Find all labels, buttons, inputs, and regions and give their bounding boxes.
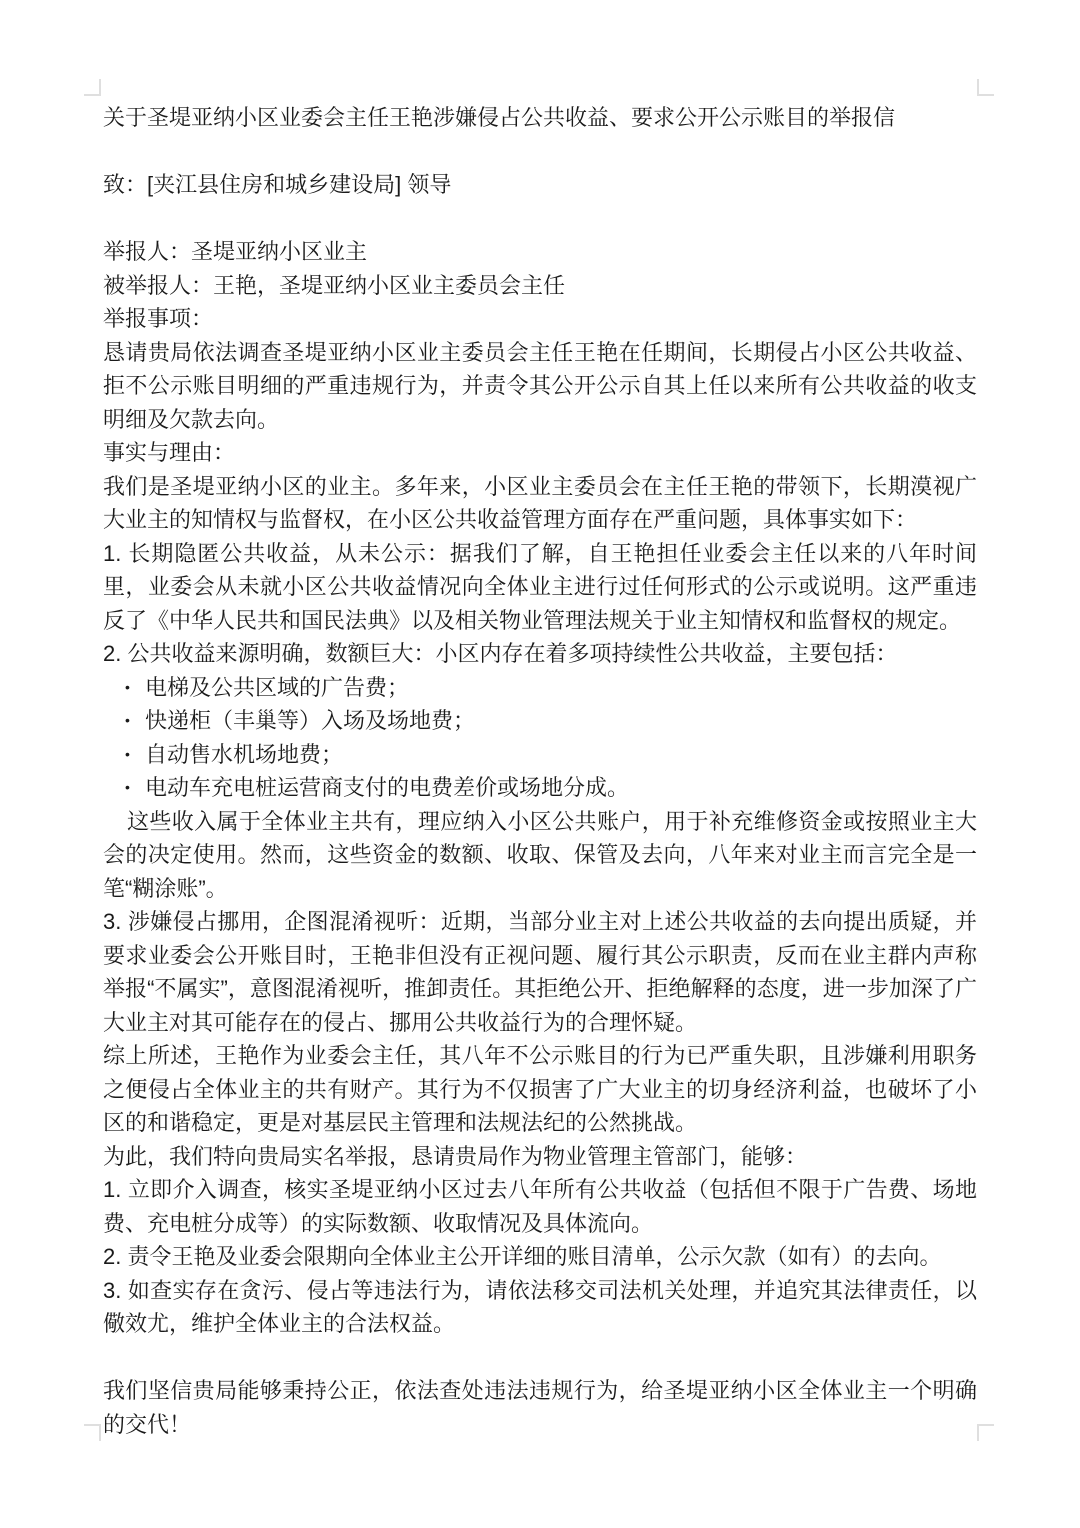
- paragraph: 举报事项：: [103, 302, 977, 336]
- bullet-text: 电动车充电桩运营商支付的电费差价或场地分成。: [145, 771, 977, 805]
- paragraph: 这些收入属于全体业主共有，理应纳入小区公共账户，用于补充维修资金或按照业主大会的…: [103, 805, 977, 906]
- paragraph: 事实与理由：: [103, 436, 977, 470]
- blank-line: [103, 135, 977, 169]
- document-page: 关于圣堤亚纳小区业委会主任王艳涉嫌侵占公共收益、要求公开公示账目的举报信致：[夹…: [103, 101, 977, 1441]
- paragraph: 致：[夹江县住房和城乡建设局] 领导: [103, 168, 977, 202]
- paragraph: 被举报人：王艳，圣堤亚纳小区业主委员会主任: [103, 269, 977, 303]
- paragraph: 3. 涉嫌侵占挪用，企图混淆视听：近期，当部分业主对上述公共收益的去向提出质疑，…: [103, 905, 977, 1039]
- bullet-item: •自动售水机场地费；: [103, 738, 977, 772]
- paragraph: 2. 公共收益来源明确，数额巨大：小区内存在着多项持续性公共收益，主要包括：: [103, 637, 977, 671]
- crop-mark-bottom-right-icon: [977, 1424, 994, 1441]
- paragraph: 我们坚信贵局能够秉持公正，依法查处违法违规行为，给圣堤亚纳小区全体业主一个明确的…: [103, 1374, 977, 1441]
- paragraph: 1. 立即介入调查，核实圣堤亚纳小区过去八年所有公共收益（包括但不限于广告费、场…: [103, 1173, 977, 1240]
- bullet-item: •电梯及公共区域的广告费；: [103, 671, 977, 705]
- bullet-icon: •: [125, 738, 145, 772]
- paragraph: 2. 责令王艳及业委会限期向全体业主公开详细的账目清单，公示欠款（如有）的去向。: [103, 1240, 977, 1274]
- paragraph: 3. 如查实存在贪污、侵占等违法行为，请依法移交司法机关处理，并追究其法律责任，…: [103, 1274, 977, 1341]
- bullet-text: 电梯及公共区域的广告费；: [145, 671, 977, 705]
- crop-mark-top-right-icon: [977, 79, 994, 96]
- bullet-item: •电动车充电桩运营商支付的电费差价或场地分成。: [103, 771, 977, 805]
- bullet-icon: •: [125, 704, 145, 738]
- bullet-icon: •: [125, 771, 145, 805]
- blank-line: [103, 1341, 977, 1375]
- paragraph: 综上所述，王艳作为业委会主任，其八年不公示账目的行为已严重失职，且涉嫌利用职务之…: [103, 1039, 977, 1140]
- paragraph: 我们是圣堤亚纳小区的业主。多年来，小区业主委员会在主任王艳的带领下，长期漠视广大…: [103, 470, 977, 537]
- bullet-icon: •: [125, 671, 145, 705]
- blank-line: [103, 202, 977, 236]
- paragraph: 恳请贵局依法调查圣堤亚纳小区业主委员会主任王艳在任期间，长期侵占小区公共收益、拒…: [103, 336, 977, 437]
- paragraph: 为此，我们特向贵局实名举报，恳请贵局作为物业管理主管部门，能够：: [103, 1140, 977, 1174]
- bullet-text: 自动售水机场地费；: [145, 738, 977, 772]
- crop-mark-top-left-icon: [84, 79, 101, 96]
- crop-mark-bottom-left-icon: [84, 1424, 101, 1441]
- paragraph: 1. 长期隐匿公共收益，从未公示：据我们了解，自王艳担任业委会主任以来的八年时间…: [103, 537, 977, 638]
- document-viewport: { "document": { "bullet_char": "•", "par…: [0, 0, 1080, 1528]
- document-title: 关于圣堤亚纳小区业委会主任王艳涉嫌侵占公共收益、要求公开公示账目的举报信: [103, 101, 977, 135]
- bullet-item: •快递柜（丰巢等）入场及场地费；: [103, 704, 977, 738]
- paragraph: 举报人：圣堤亚纳小区业主: [103, 235, 977, 269]
- bullet-text: 快递柜（丰巢等）入场及场地费；: [145, 704, 977, 738]
